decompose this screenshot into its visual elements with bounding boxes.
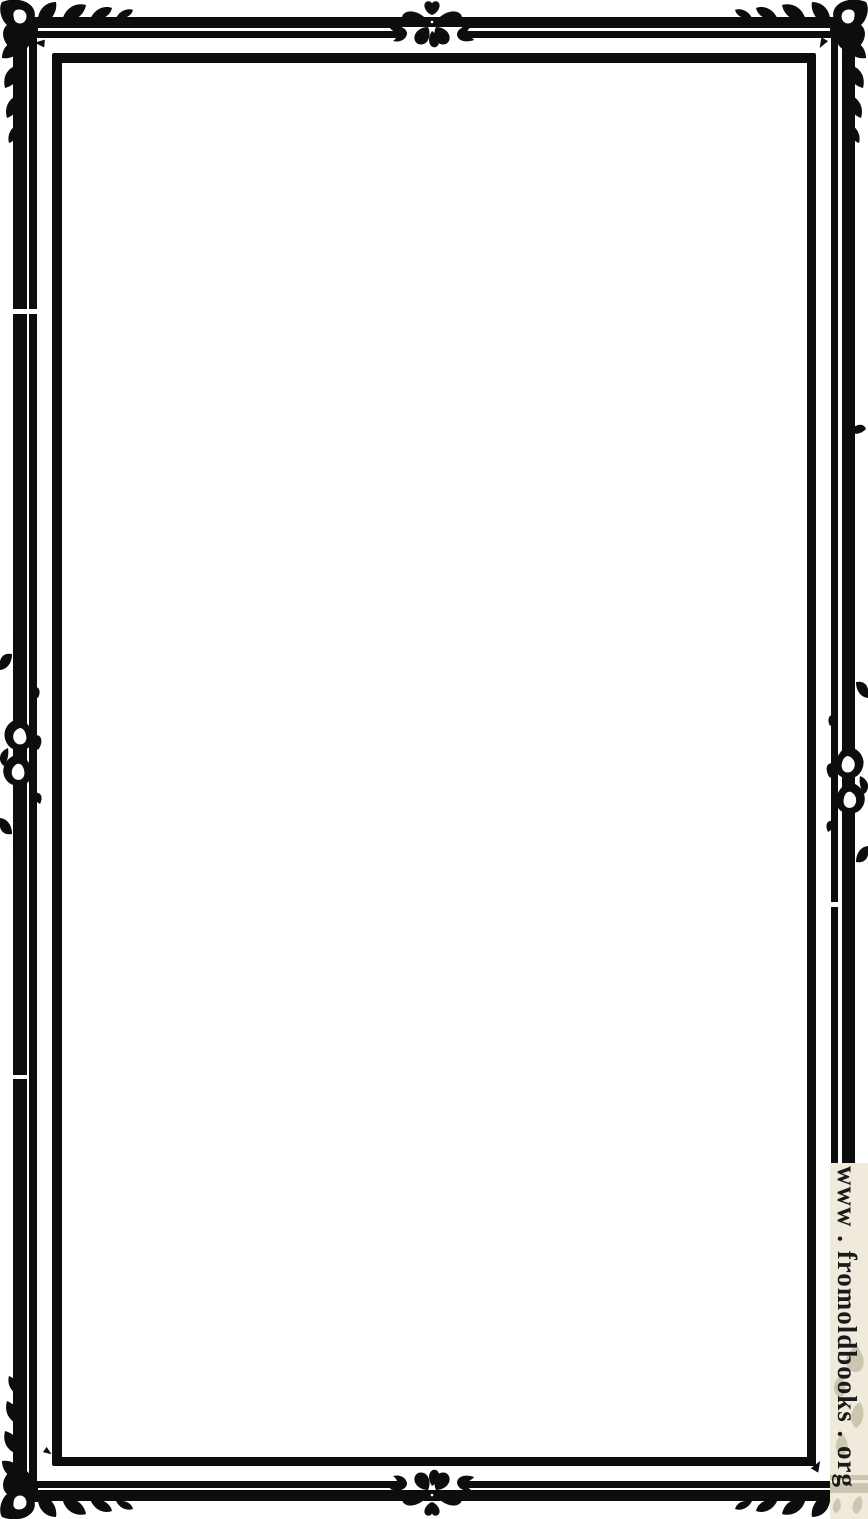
corner-ornament-top-left-icon: [0, 0, 170, 170]
small-leaf-icon: [848, 421, 868, 439]
watermark-strip: www . fromoldbooks . org: [830, 1163, 868, 1519]
rule-break: [12, 309, 38, 314]
corner-ornament-top-right-icon: [698, 0, 868, 170]
corner-ornament-bottom-left-icon: [0, 1349, 170, 1519]
watermark-text: www . fromoldbooks . org: [831, 1166, 862, 1488]
printer-mark-icon: [41, 1446, 51, 1456]
rule-break: [828, 902, 840, 907]
rule-break: [12, 1075, 29, 1079]
fleuron-bottom-center-icon: [388, 1468, 476, 1518]
fleuron-top-center-icon: [388, 0, 476, 49]
ornate-border-page: www . fromoldbooks . org: [0, 0, 868, 1519]
side-ornament-left-icon: [0, 618, 44, 870]
side-ornament-right-icon: [824, 646, 868, 898]
blank-page-area: [63, 63, 806, 1457]
